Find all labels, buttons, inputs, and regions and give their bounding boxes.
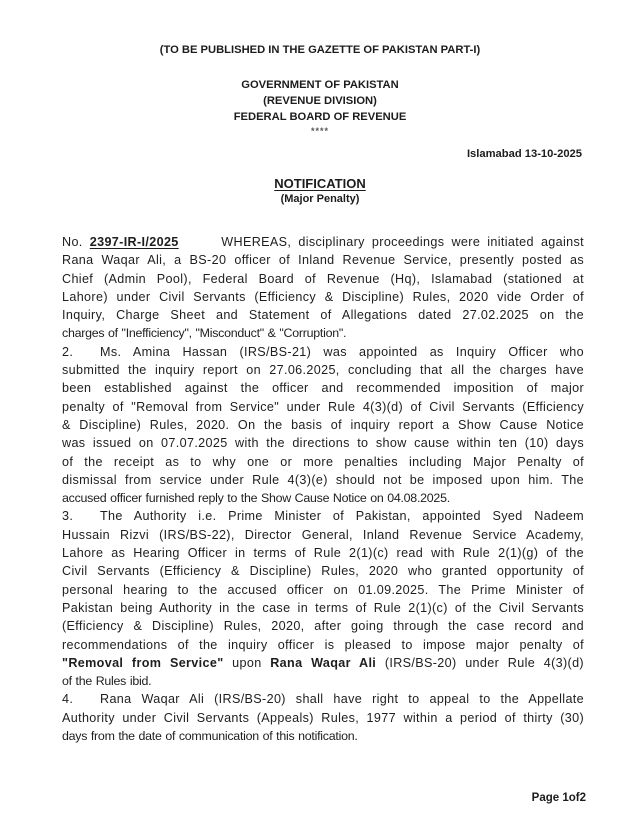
paragraph-3-line: of the Rules ibid. bbox=[62, 672, 584, 690]
paragraph-2-line: dismissal from service under Rule 4(3)(e… bbox=[62, 471, 584, 489]
paragraph-2-line: submitted the inquiry report on 27.06.20… bbox=[62, 361, 584, 379]
board-heading: FEDERAL BOARD OF REVENUE bbox=[0, 111, 640, 123]
notification-subtitle: (Major Penalty) bbox=[0, 193, 640, 205]
notification-title: NOTIFICATION bbox=[0, 176, 640, 191]
paragraph-3-line: (Efficiency & Discipline) Rules, 2020, a… bbox=[62, 617, 584, 635]
paragraph-2-line: accused officer furnished reply to the S… bbox=[62, 489, 584, 507]
separator-stars: **** bbox=[0, 126, 640, 136]
penalty-rule: (IRS/BS-20) under Rule 4(3)(d) bbox=[376, 656, 584, 670]
paragraph-4-line: Authority under Civil Servants (Appeals)… bbox=[62, 709, 584, 727]
paragraph-1-line: No. 2397-IR-I/2025 WHEREAS, disciplinary… bbox=[62, 233, 584, 251]
paragraph-4-line: 4.Rana Waqar Ali (IRS/BS-20) shall have … bbox=[62, 690, 584, 708]
paragraph-3-line: Hussain Rizvi (IRS/BS-22), Director Gene… bbox=[62, 526, 584, 544]
penalty-connector: upon bbox=[224, 656, 271, 670]
paragraph-2-line: been established against the officer and… bbox=[62, 379, 584, 397]
paragraph-3-line: Civil Servants (Efficiency & Discipline)… bbox=[62, 562, 584, 580]
paragraph-2-line: 2.Ms. Amina Hassan (IRS/BS-21) was appoi… bbox=[62, 343, 584, 361]
paragraph-2-line: penalty of "Removal from Service" under … bbox=[62, 398, 584, 416]
place-date: Islamabad 13-10-2025 bbox=[467, 148, 582, 160]
paragraph-1-line: Inquiry, Charge Sheet and Statement of A… bbox=[62, 306, 584, 324]
paragraph-1-text: WHEREAS, disciplinary proceedings were i… bbox=[221, 235, 584, 249]
paragraph-3-line: Pakistan being Authority in the case in … bbox=[62, 599, 584, 617]
paragraph-4-text: Rana Waqar Ali (IRS/BS-20) shall have ri… bbox=[100, 692, 584, 706]
penalty-line: "Removal from Service" upon Rana Waqar A… bbox=[62, 654, 584, 672]
paragraph-1-line: Chief (Admin Pool), Federal Board of Rev… bbox=[62, 270, 584, 288]
paragraph-1-line: Lahore) under Civil Servants (Efficiency… bbox=[62, 288, 584, 306]
paragraph-3-line: 3.The Authority i.e. Prime Minister of P… bbox=[62, 507, 584, 525]
division-heading: (REVENUE DIVISION) bbox=[0, 95, 640, 107]
notification-body: No. 2397-IR-I/2025 WHEREAS, disciplinary… bbox=[62, 233, 584, 745]
paragraph-number: 2. bbox=[62, 343, 100, 361]
page-indicator: Page 1of2 bbox=[532, 792, 586, 804]
penalty-name: "Removal from Service" bbox=[62, 656, 224, 670]
paragraph-3-line: personal hearing to the accused officer … bbox=[62, 581, 584, 599]
officer-name: Rana Waqar Ali bbox=[270, 656, 376, 670]
paragraph-1-line: charges of "Inefficiency", "Misconduct" … bbox=[62, 324, 584, 342]
paragraph-number: 4. bbox=[62, 690, 100, 708]
paragraph-2-line: & Discipline) Rules, 2020. On the basis … bbox=[62, 416, 584, 434]
paragraph-3-line: recommendations of the inquiry officer i… bbox=[62, 636, 584, 654]
paragraph-1-line: Rana Waqar Ali, a BS-20 officer of Inlan… bbox=[62, 251, 584, 269]
paragraph-2-line: was issued on 07.07.2025 with the direct… bbox=[62, 434, 584, 452]
reference-number: 2397-IR-I/2025 bbox=[90, 235, 179, 249]
paragraph-3-text: The Authority i.e. Prime Minister of Pak… bbox=[100, 509, 584, 523]
gazette-notice: (TO BE PUBLISHED IN THE GAZETTE OF PAKIS… bbox=[0, 44, 640, 56]
paragraph-2-text: Ms. Amina Hassan (IRS/BS-21) was appoint… bbox=[100, 345, 584, 359]
paragraph-4-line: days from the date of communication of t… bbox=[62, 727, 584, 745]
paragraph-number: 3. bbox=[62, 507, 100, 525]
reference-prefix: No. bbox=[62, 235, 90, 249]
government-heading: GOVERNMENT OF PAKISTAN bbox=[0, 79, 640, 91]
paragraph-3-line: Lahore as Hearing Officer in terms of Ru… bbox=[62, 544, 584, 562]
paragraph-2-line: of the receipt as to why one or more pen… bbox=[62, 453, 584, 471]
